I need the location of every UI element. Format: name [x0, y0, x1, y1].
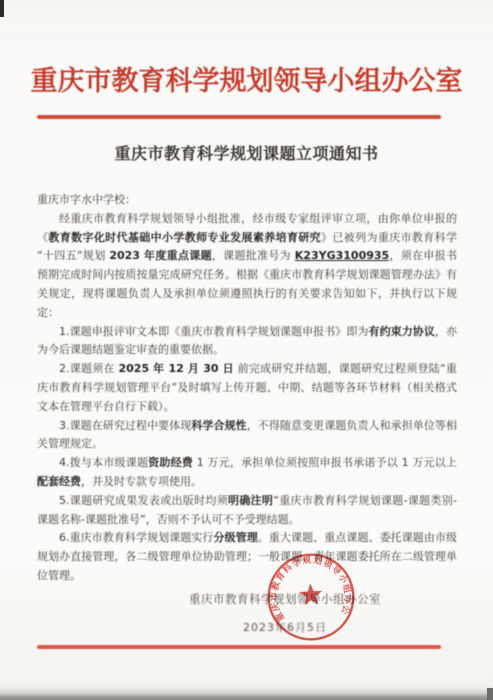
addressee-line: 重庆市字水中学校： [37, 191, 457, 210]
item-5-paragraph: 5.课题研究成果发表或出版时均须明确注明“重庆市教育科学规划课题-课题类别-课题… [37, 492, 457, 530]
scan-corner-artifact [0, 0, 4, 17]
item-4-paragraph: 4.拨与本市级课题资助经费 1 万元，承担单位须按照申报书承诺予以 1 万元以上… [37, 454, 457, 492]
letter-body: 重庆市字水中学校： 经重庆市教育科学规划领导小组批准，经市级专家组评审立项，由你… [37, 191, 457, 586]
issuing-office-letterhead: 重庆市教育科学规划领导小组办公室 [30, 56, 463, 107]
official-round-seal-icon: 重庆市教育科学规划领导小组办公室 [263, 549, 360, 646]
item-3-paragraph: 3.课题在研究过程中要体现科学合规性，不得随意变更课题负责人和承担单位等相关管理… [37, 417, 457, 455]
intro-paragraph: 经重庆市教育科学规划领导小组批准，经市级专家组评审立项，由你单位申报的《教育数字… [37, 210, 457, 323]
item-6-paragraph: 6.重庆市教育科学规划课题实行分级管理。重大课题、重点课题、委托课题由市级规划办… [37, 529, 457, 585]
scanned-letter-page: 重庆市教育科学规划领导小组办公室 重庆市教育科学规划课题立项通知书 重庆市字水中… [0, 0, 493, 700]
scan-bottom-corner-artifact [487, 688, 493, 700]
red-star-icon [299, 583, 323, 606]
scan-bottom-edge-shadow [0, 687, 493, 700]
item-2-paragraph: 2.课题须在 2025 年 12 月 30 日 前完成研究并结题，课题研究过程须… [37, 360, 457, 416]
item-1-paragraph: 1.课题申报评审文本即《重庆市教育科学规划课题申报书》即为有约束力协议，亦为今后… [37, 323, 457, 361]
document-title: 重庆市教育科学规划课题立项通知书 [0, 141, 493, 164]
letterhead-underline [37, 115, 441, 119]
footer-red-line [37, 645, 441, 649]
seal-ring-text: 重庆市教育科学规划领导小组办公室 [263, 549, 356, 625]
